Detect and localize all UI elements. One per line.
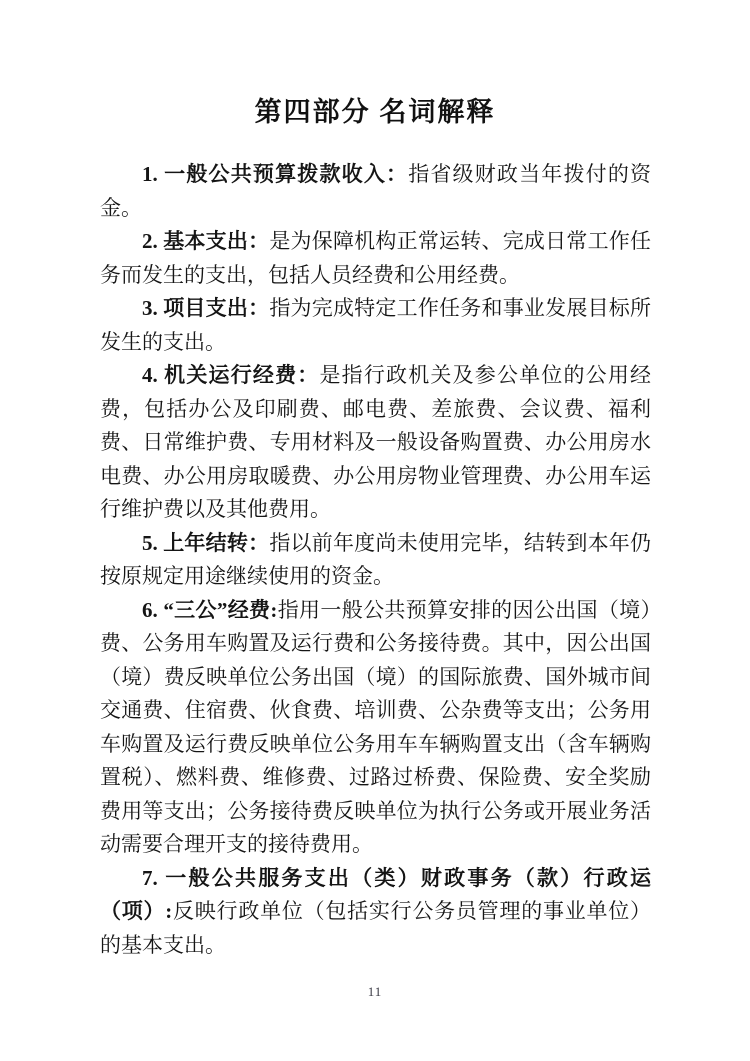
definition-paragraph: 2. 基本支出：是为保障机构正常运转、完成日常工作任务而发生的支出，包括人员经费…: [100, 225, 651, 292]
document-body: 1. 一般公共预算拨款收入：指省级财政当年拨付的资金。2. 基本支出：是为保障机…: [100, 158, 651, 962]
definition-text: 反映行政单位（包括实行公务员管理的事业单位）的基本支出。: [100, 899, 651, 957]
definition-paragraph: 3. 项目支出：指为完成特定工作任务和事业发展目标所发生的支出。: [100, 292, 651, 359]
definition-term: 3. 项目支出：: [142, 296, 269, 320]
definition-term: 6. “三公”经费:: [142, 598, 277, 622]
definition-term: 2. 基本支出：: [142, 229, 269, 253]
page-number: 11: [0, 984, 750, 1000]
definition-term: 1. 一般公共预算拨款收入：: [142, 162, 408, 186]
definition-paragraph: 5. 上年结转：指以前年度尚未使用完毕，结转到本年仍按原规定用途继续使用的资金。: [100, 527, 651, 594]
definition-paragraph: 6. “三公”经费:指用一般公共预算安排的因公出国（境）费、公务用车购置及运行费…: [100, 594, 651, 862]
definition-text: 指用一般公共预算安排的因公出国（境）费、公务用车购置及运行费和公务接待费。其中，…: [100, 598, 651, 857]
definition-paragraph: 7. 一般公共服务支出（类）财政事务（款）行政运（项）:反映行政单位（包括实行公…: [100, 862, 651, 963]
page-title: 第四部分 名词解释: [0, 90, 750, 129]
definition-paragraph: 1. 一般公共预算拨款收入：指省级财政当年拨付的资金。: [100, 158, 651, 225]
document-page: 第四部分 名词解释 1. 一般公共预算拨款收入：指省级财政当年拨付的资金。2. …: [0, 0, 750, 1061]
definition-term: 4. 机关运行经费：: [142, 363, 319, 387]
definition-term: 5. 上年结转：: [142, 531, 269, 555]
definition-paragraph: 4. 机关运行经费：是指行政机关及参公单位的公用经费，包括办公及印刷费、邮电费、…: [100, 359, 651, 527]
